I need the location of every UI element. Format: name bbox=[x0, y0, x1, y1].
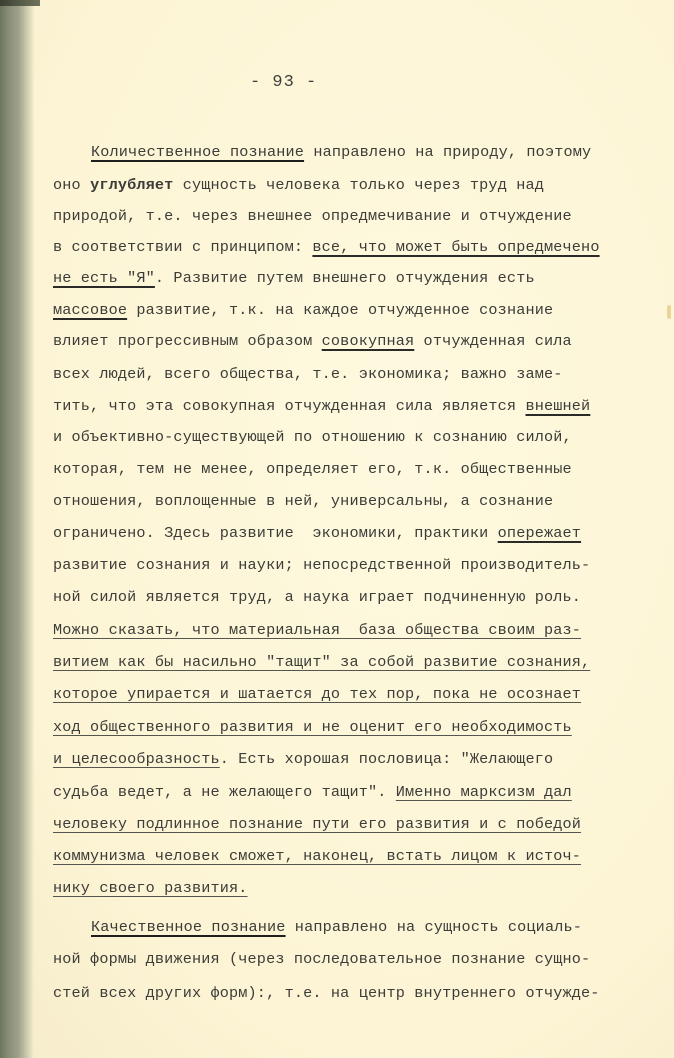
text-line: тить, что эта совокупная отчужденная сил… bbox=[53, 396, 590, 416]
text-segment: и объективно-существующей по отношению к… bbox=[53, 428, 572, 446]
text-line: витием как бы насильно "тащит" за собой … bbox=[53, 652, 590, 672]
text-segment: . Развитие путем внешнего отчуждения ест… bbox=[155, 269, 535, 287]
underlined-text: Качественное познание bbox=[91, 918, 286, 936]
underlined-text: витием как бы насильно "тащит" за собой … bbox=[53, 653, 590, 671]
underlined-text: совокупная bbox=[322, 332, 415, 350]
underlined-text: Именно марксизм дал bbox=[396, 783, 572, 801]
binding-shadow bbox=[0, 0, 40, 6]
text-line: всех людей, всего общества, т.е. экономи… bbox=[53, 364, 563, 384]
text-segment: . Есть хорошая пословица: "Желающего bbox=[220, 750, 554, 768]
text-segment: развитие, т.к. на каждое отчужденное соз… bbox=[127, 301, 553, 319]
paper-stain bbox=[667, 305, 671, 319]
text-line: нику своего развития. bbox=[53, 878, 248, 898]
text-line: в соответствии с принципом: все, что мож… bbox=[53, 237, 600, 257]
underlined-text: Количественное познание bbox=[91, 143, 304, 161]
underlined-text: ход общественного развития и не оценит е… bbox=[53, 718, 572, 736]
text-segment: направлено на сущность социаль- bbox=[286, 918, 582, 936]
text-line: ной формы движения (через последовательн… bbox=[53, 949, 590, 969]
text-line: развитие сознания и науки; непосредствен… bbox=[53, 555, 590, 575]
underlined-text: массовое bbox=[53, 301, 127, 319]
underlined-text: и целесообразность bbox=[53, 750, 220, 768]
text-segment: ограничено. Здесь развитие экономики, пр… bbox=[53, 524, 498, 542]
text-line: отношения, воплощенные в ней, универсаль… bbox=[53, 491, 553, 511]
underlined-text: которое упирается и шатается до тех пор,… bbox=[53, 685, 581, 703]
underlined-text: Можно сказать, что материальная база общ… bbox=[53, 621, 581, 639]
text-line: не есть "Я". Развитие путем внешнего отч… bbox=[53, 268, 535, 288]
text-segment: оно bbox=[53, 176, 90, 194]
underlined-text: человеку подлинное познание пути его раз… bbox=[53, 815, 581, 833]
text-line: ограничено. Здесь развитие экономики, пр… bbox=[53, 523, 581, 543]
text-segment: ной формы движения (через последовательн… bbox=[53, 950, 590, 968]
text-segment: влияет прогрессивным образом bbox=[53, 332, 322, 350]
text-segment: стей всех других форм):, т.е. на центр в… bbox=[53, 984, 600, 1002]
text-segment: которая, тем не менее, определяет его, т… bbox=[53, 460, 572, 478]
underlined-text: опережает bbox=[498, 524, 581, 542]
text-line: которое упирается и шатается до тех пор,… bbox=[53, 684, 581, 704]
text-line: коммунизма человек сможет, наконец, вста… bbox=[53, 846, 581, 866]
text-line: стей всех других форм):, т.е. на центр в… bbox=[53, 983, 600, 1003]
text-line: судьба ведет, а не желающего тащит". Име… bbox=[53, 782, 572, 802]
underlined-text: внешней bbox=[525, 397, 590, 415]
text-segment: судьба ведет, а не желающего тащит". bbox=[53, 783, 396, 801]
text-line: ной силой является труд, а наука играет … bbox=[53, 587, 581, 607]
text-segment: отчужденная сила bbox=[414, 332, 572, 350]
page-number: - 93 - bbox=[250, 73, 317, 92]
text-segment: развитие сознания и науки; непосредствен… bbox=[53, 556, 590, 574]
page-binding-edge bbox=[0, 0, 34, 1058]
text-segment: сущность человека только через труд над bbox=[173, 176, 544, 194]
text-line: природой, т.е. через внешнее опредмечива… bbox=[53, 206, 572, 226]
text-line: массовое развитие, т.к. на каждое отчужд… bbox=[53, 300, 553, 320]
text-segment: отношения, воплощенные в ней, универсаль… bbox=[53, 492, 553, 510]
underlined-text: нику своего развития. bbox=[53, 879, 248, 897]
text-line: человеку подлинное познание пути его раз… bbox=[53, 814, 581, 834]
underlined-text: коммунизма человек сможет, наконец, вста… bbox=[53, 847, 581, 865]
text-line: ход общественного развития и не оценит е… bbox=[53, 717, 572, 737]
text-segment: тить, что эта совокупная отчужденная сил… bbox=[53, 397, 525, 415]
underlined-text: все, что может быть опредмечено bbox=[312, 238, 599, 256]
text-segment: направлено на природу, поэтому bbox=[304, 143, 591, 161]
text-line: влияет прогрессивным образом совокупная … bbox=[53, 331, 572, 351]
underlined-text: не есть "Я" bbox=[53, 269, 155, 287]
text-line: которая, тем не менее, определяет его, т… bbox=[53, 459, 572, 479]
text-line: и объективно-существующей по отношению к… bbox=[53, 427, 572, 447]
text-line: Можно сказать, что материальная база общ… bbox=[53, 620, 581, 640]
text-segment: природой, т.е. через внешнее опредмечива… bbox=[53, 207, 572, 225]
text-segment: ной силой является труд, а наука играет … bbox=[53, 588, 581, 606]
text-line: и целесообразность. Есть хорошая послови… bbox=[53, 749, 553, 769]
paragraph-first-line: Качественное познание направлено на сущн… bbox=[91, 917, 582, 937]
text-segment: в соответствии с принципом: bbox=[53, 238, 312, 256]
text-segment: углубляет bbox=[90, 176, 173, 194]
text-line: оно углубляет сущность человека только ч… bbox=[53, 175, 544, 195]
paragraph-first-line: Количественное познание направлено на пр… bbox=[91, 142, 591, 162]
text-segment: всех людей, всего общества, т.е. экономи… bbox=[53, 365, 563, 383]
